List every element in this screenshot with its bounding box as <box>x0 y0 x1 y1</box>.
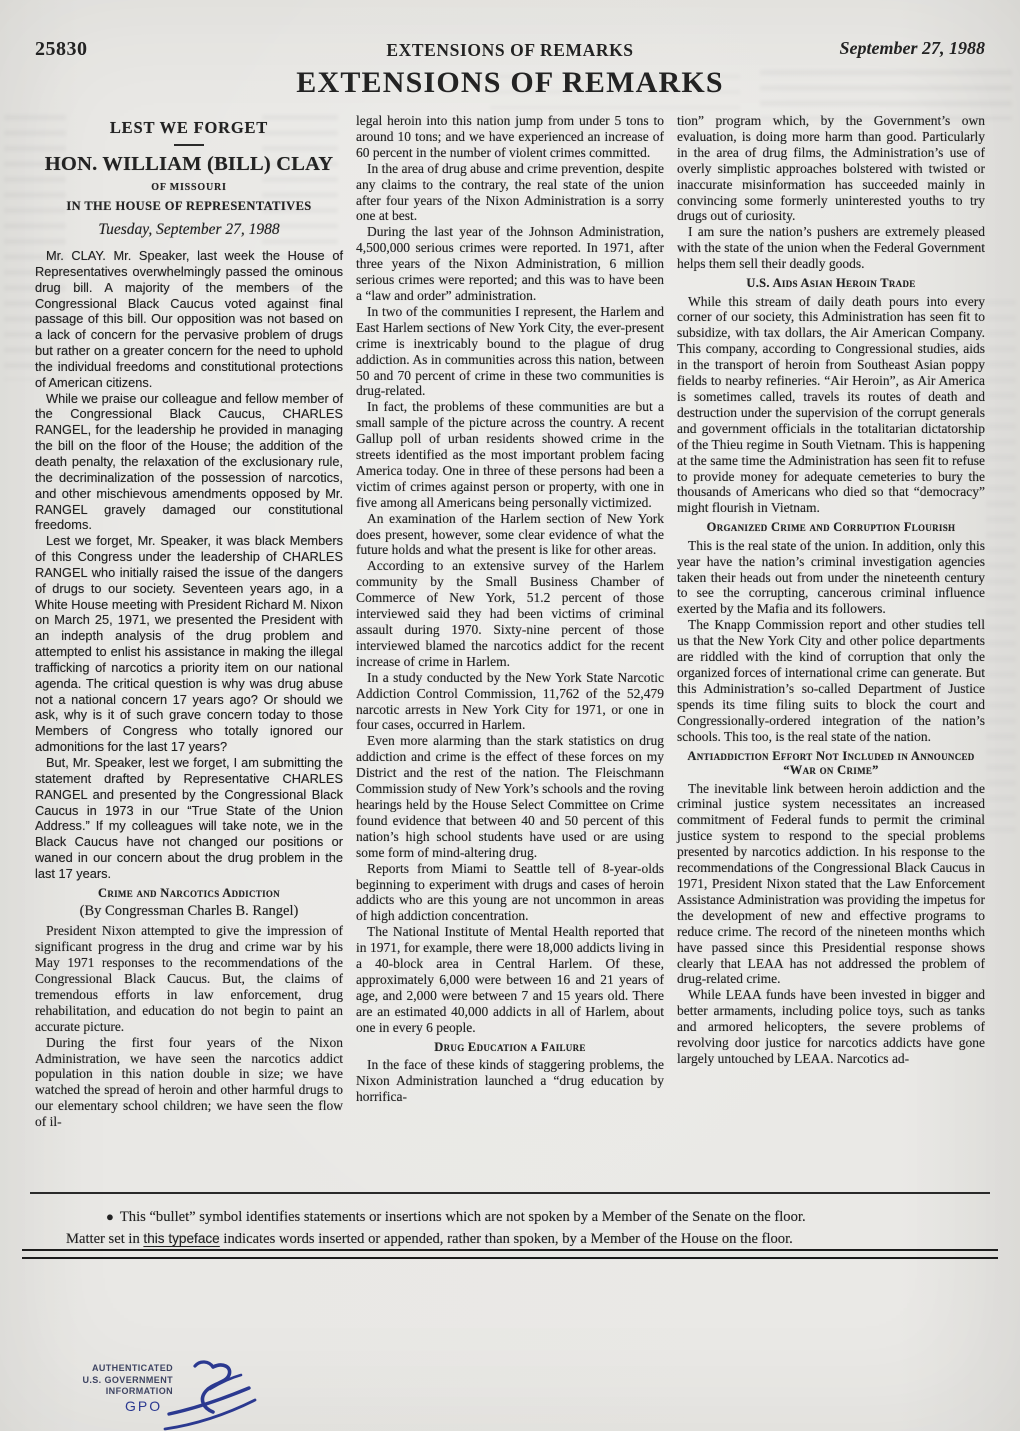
column-1: LEST WE FORGET HON. WILLIAM (BILL) CLAY … <box>35 113 343 1191</box>
byline: (By Congressman Charles B. Rangel) <box>35 903 343 920</box>
bullet-icon: ● <box>106 1209 114 1224</box>
paragraph: During the last year of the Johnson Admi… <box>356 224 664 304</box>
column-3: tion” program which, by the Government’s… <box>677 113 985 1191</box>
paragraph: President Nixon attempted to give the im… <box>35 923 343 1034</box>
paragraph: tion” program which, by the Government’s… <box>677 113 985 224</box>
column-2: legal heroin into this nation jump from … <box>356 113 664 1191</box>
gpo-authentication-logo: AUTHENTICATED U.S. GOVERNMENT INFORMATIO… <box>55 1358 255 1431</box>
section-masthead: EXTENSIONS OF REMARKS <box>0 66 1020 100</box>
senate-note-text: This “bullet” symbol identifies statemen… <box>120 1209 806 1225</box>
gpo-eagle-icon <box>153 1358 263 1431</box>
paragraph: This is the real state of the union. In … <box>677 538 985 618</box>
title-rule <box>174 144 204 146</box>
footer-double-rule <box>22 1249 998 1259</box>
chamber-line: IN THE HOUSE OF REPRESENTATIVES <box>35 199 343 214</box>
house-note-prefix: Matter set in <box>66 1231 143 1247</box>
house-note-typeface-sample: this typeface <box>143 1231 219 1246</box>
paragraph: Even more alarming than the stark statis… <box>356 733 664 860</box>
subheading-heroin-trade: U.S. Aids Asian Heroin Trade <box>685 276 977 291</box>
session-date: Tuesday, September 27, 1988 <box>35 221 343 239</box>
subheading-organized-crime: Organized Crime and Corruption Flourish <box>685 520 977 535</box>
paragraph: While LEAA funds have been invested in b… <box>677 987 985 1067</box>
paragraph: According to an extensive survey of the … <box>356 558 664 669</box>
paragraph: An examination of the Harlem section of … <box>356 511 664 559</box>
member-name: HON. WILLIAM (BILL) CLAY <box>35 153 343 176</box>
text-columns: LEST WE FORGET HON. WILLIAM (BILL) CLAY … <box>35 113 985 1191</box>
paragraph: While this stream of daily death pours i… <box>677 294 985 517</box>
footnote-top-rule <box>30 1192 990 1194</box>
paragraph: legal heroin into this nation jump from … <box>356 113 664 161</box>
issue-date: September 27, 1988 <box>840 38 986 59</box>
paragraph: The Knapp Commission report and other st… <box>677 617 985 744</box>
house-typeface-note: Matter set in this typeface indicates wo… <box>48 1228 990 1250</box>
senate-bullet-note: ●This “bullet” symbol identifies stateme… <box>48 1206 990 1228</box>
bleed-through-right-edge <box>986 300 1016 840</box>
paragraph: During the first four years of the Nixon… <box>35 1035 343 1130</box>
article-title: LEST WE FORGET <box>35 118 343 138</box>
member-state: OF MISSOURI <box>35 182 343 193</box>
subheading-antiaddiction: Antiaddiction Effort Not Included in Ann… <box>685 749 977 778</box>
footnotes: ●This “bullet” symbol identifies stateme… <box>48 1206 990 1250</box>
paragraph: In the area of drug abuse and crime prev… <box>356 161 664 225</box>
house-note-suffix: indicates words inserted or appended, ra… <box>220 1231 793 1247</box>
paragraph: The National Institute of Mental Health … <box>356 924 664 1035</box>
page-header: 25830 EXTENSIONS OF REMARKS September 27… <box>35 38 985 62</box>
paragraph: Reports from Miami to Seattle tell of 8-… <box>356 861 664 925</box>
paragraph: While we praise our colleague and fellow… <box>35 391 343 534</box>
paragraph: Mr. CLAY. Mr. Speaker, last week the Hou… <box>35 248 343 391</box>
subheading-drug-education: Drug Education a Failure <box>364 1040 656 1055</box>
paragraph: Lest we forget, Mr. Speaker, it was blac… <box>35 533 343 755</box>
paragraph: In two of the communities I represent, t… <box>356 304 664 399</box>
paragraph: In the face of these kinds of staggering… <box>356 1057 664 1105</box>
paragraph: In fact, the problems of these communiti… <box>356 399 664 510</box>
paragraph: But, Mr. Speaker, lest we forget, I am s… <box>35 755 343 882</box>
paragraph: I am sure the nation’s pushers are extre… <box>677 224 985 272</box>
paragraph: In a study conducted by the New York Sta… <box>356 670 664 734</box>
subheading-crime-and-narcotics: Crime and Narcotics Addiction <box>43 886 335 901</box>
paragraph: The inevitable link between heroin addic… <box>677 781 985 988</box>
congressional-record-page: 25830 EXTENSIONS OF REMARKS September 27… <box>0 0 1020 1431</box>
